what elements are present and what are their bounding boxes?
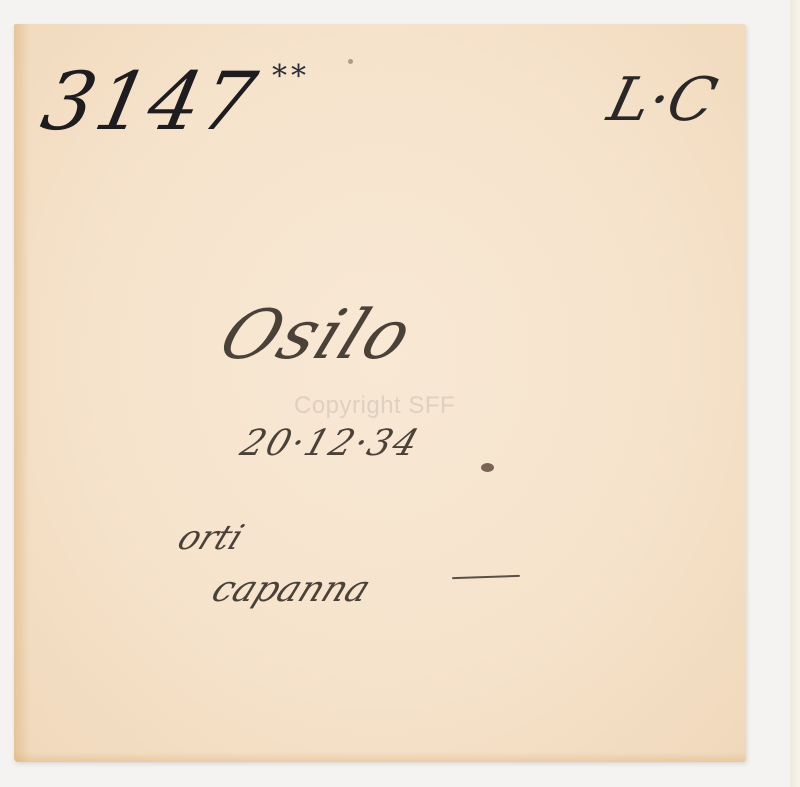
- paper-speck: [348, 59, 353, 64]
- place-name: Osilo: [210, 302, 423, 370]
- archival-note-card: 3147 ** L·C Osilo Copyright SFF 20·12·34…: [14, 24, 746, 762]
- author-initials: L·C: [603, 70, 723, 130]
- date: 20·12·34: [236, 426, 424, 462]
- adjacent-card-edge: [790, 0, 800, 787]
- ink-spot: [481, 463, 494, 472]
- note-line-1: orti: [173, 521, 248, 555]
- note-line-2: capanna: [207, 572, 376, 608]
- catalog-number: 3147: [35, 62, 264, 142]
- copyright-watermark: Copyright SFF: [294, 392, 455, 420]
- star-marks-icon: **: [272, 62, 310, 92]
- pen-tail-stroke: [452, 575, 520, 579]
